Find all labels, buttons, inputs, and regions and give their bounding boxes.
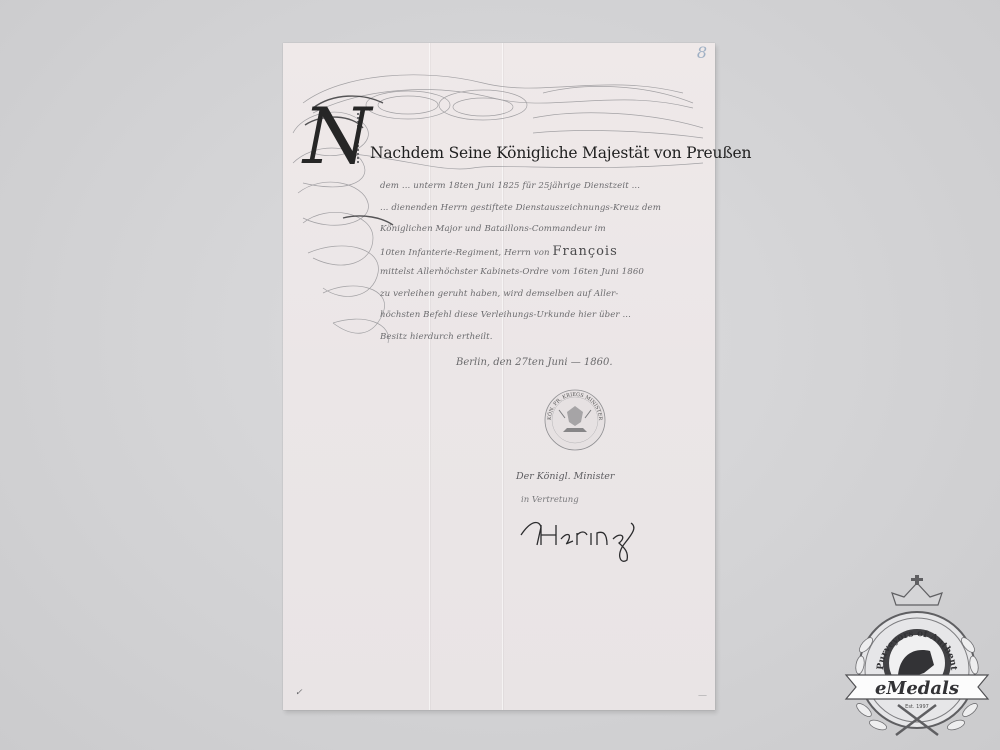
body-text: dem ... unterm 18ten Juni 1825 für 25jäh… (380, 176, 705, 348)
document-page: 8 N Nachdem Seine Königliche Majestät vo… (283, 43, 715, 710)
ministry-seal-icon: KÖN. PR. KRIEGS MINISTERIUM (543, 388, 607, 452)
body-line: mittelst Allerhöchster Kabinets-Ordre vo… (380, 262, 705, 284)
body-line: ... dienenden Herrn gestiftete Dienstaus… (380, 198, 705, 220)
corner-mark: ✓ (295, 688, 303, 698)
body-line: zu verleihen geruht haben, wird demselbe… (380, 284, 705, 306)
body-line: Besitz hierdurch ertheilt. (380, 327, 705, 349)
body-line-text: 10ten Infanterie-Regiment, Herrn von (380, 248, 550, 258)
initial-letter: N (303, 98, 371, 176)
body-line: Königlichen Major und Bataillons-Command… (380, 219, 705, 241)
signature (511, 505, 661, 565)
document-heading: Nachdem Seine Königliche Majestät von Pr… (370, 144, 751, 162)
signature-title: Der Königl. Minister (516, 471, 614, 482)
place-date: Berlin, den 27ten Juni — 1860. (456, 357, 613, 368)
page-number: 8 (697, 43, 707, 62)
recipient-name: François (552, 244, 617, 259)
watermark-established: Est. 1997 (905, 704, 929, 710)
emedals-logo-watermark: Purveyors of Authentic Militaria eMedals… (838, 575, 996, 745)
body-line: 10ten Infanterie-Regiment, Herrn von Fra… (380, 241, 705, 263)
watermark-brand: eMedals (875, 678, 959, 699)
corner-mark: — (698, 691, 707, 701)
signature-subtitle: in Vertretung (521, 495, 579, 505)
body-line: dem ... unterm 18ten Juni 1825 für 25jäh… (380, 176, 705, 198)
body-line: höchsten Befehl diese Verleihungs-Urkund… (380, 305, 705, 327)
